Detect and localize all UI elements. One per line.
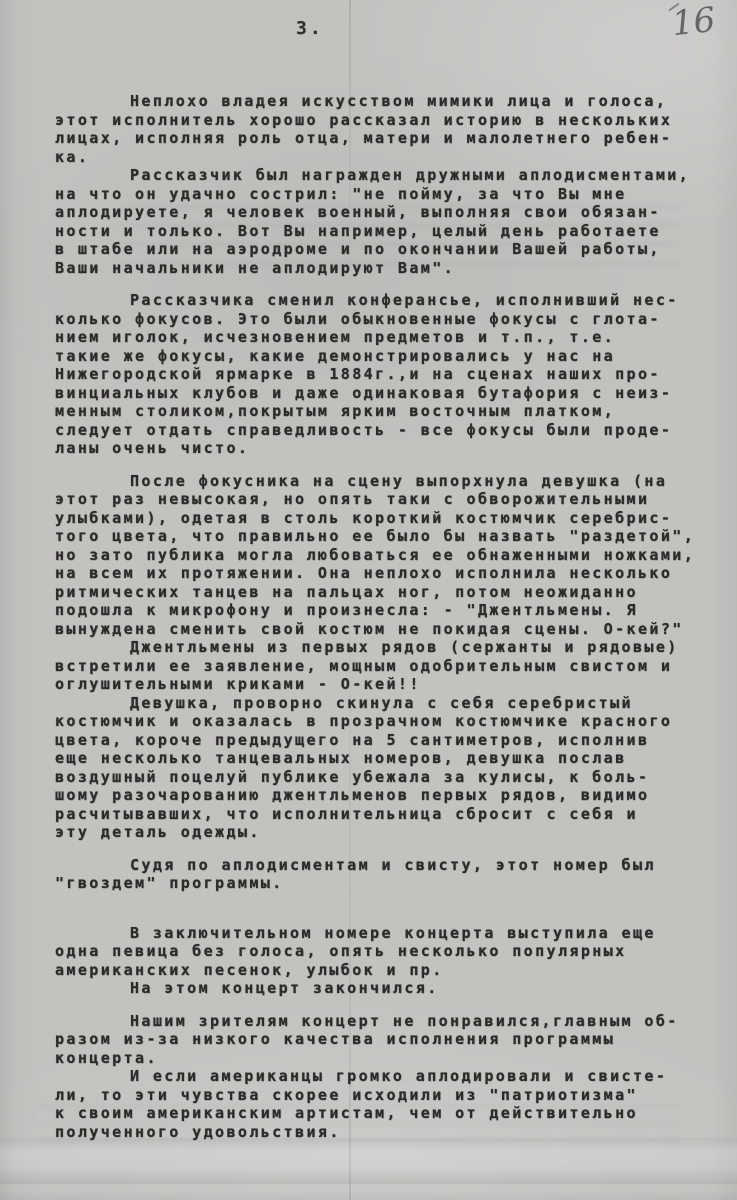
text-line: расчитывавших, что исполнительница сброс… xyxy=(55,805,715,824)
text-line: Нашим зрителям концерт не понравился,гла… xyxy=(55,1012,715,1031)
paragraph: Нашим зрителям концерт не понравился,гла… xyxy=(55,1012,715,1068)
paragraph: В заключительном номере концерта выступи… xyxy=(55,924,715,980)
text-line: "гвоздем" программы. xyxy=(55,874,715,893)
text-line: Неплохо владея искусством мимики лица и … xyxy=(55,92,715,111)
text-line: еще несколько танцевальных номеров, деву… xyxy=(55,749,715,768)
text-line: но зато публика могла любоваться ее обна… xyxy=(55,546,715,565)
text-line: И если американцы громко аплодировали и … xyxy=(55,1067,715,1086)
text-line: Джентльмены из первых рядов (сержанты и … xyxy=(55,638,715,657)
horizontal-fold-crease xyxy=(0,1138,737,1184)
text-line: Судя по аплодисментам и свисту, этот ном… xyxy=(55,856,715,875)
text-line: такие же фокусы, какие демонстрировались… xyxy=(55,347,715,366)
text-line: того цвета, что правильно ее было бы наз… xyxy=(55,527,715,546)
text-line: этот раз невысокая, но опять таки с обво… xyxy=(55,490,715,509)
text-line: ритмических танцев на пальцах ног, потом… xyxy=(55,583,715,602)
text-line: Рассказчик был награжден дружными аплоди… xyxy=(55,166,715,185)
text-line: полученного удовольствия. xyxy=(55,1123,715,1142)
text-line: Ваши начальники не аплодируют Вам". xyxy=(55,259,715,278)
text-line: На этом концерт закончился. xyxy=(55,979,715,998)
paragraph: Джентльмены из первых рядов (сержанты и … xyxy=(55,638,715,694)
paragraph: И если американцы громко аплодировали и … xyxy=(55,1067,715,1141)
text-line: оглушительными криками - О-кей!! xyxy=(55,675,715,694)
text-line: Нижегородской ярмарке в 1884г.,и на сцен… xyxy=(55,365,715,384)
page-number: 3. xyxy=(296,18,324,39)
text-line: следует отдать справедливость - все фоку… xyxy=(55,421,715,440)
text-line: на что он удачно сострил: "не пойму, за … xyxy=(55,185,715,204)
text-line: этот исполнитель хорошо рассказал истори… xyxy=(55,111,715,130)
text-line: подошла к микрофону и произнесла: - "Дже… xyxy=(55,601,715,620)
text-line: менным столиком,покрытым ярким восточным… xyxy=(55,402,715,421)
text-line: в штабе или на аэродроме и по окончании … xyxy=(55,240,715,259)
text-line: аплодируете, я человек военный, выполняя… xyxy=(55,203,715,222)
text-line: Девушка, проворно скинула с себя серебри… xyxy=(55,694,715,713)
text-line: нием иголок, исчезновением предметов и т… xyxy=(55,328,715,347)
text-line: винциальных клубов и даже одинаковая бут… xyxy=(55,384,715,403)
text-line: После фокусника на сцену выпорхнула деву… xyxy=(55,472,715,491)
paragraph: Рассказчик был награжден дружными аплоди… xyxy=(55,166,715,277)
text-line: ка. xyxy=(55,148,715,167)
paragraph: После фокусника на сцену выпорхнула деву… xyxy=(55,472,715,639)
text-line: колько фокусов. Это были обыкновенные фо… xyxy=(55,310,715,329)
paragraph: Судя по аплодисментам и свисту, этот ном… xyxy=(55,856,715,893)
text-line: одна певица без голоса, опять несколько … xyxy=(55,942,715,961)
text-line: улыбками), одетая в столь короткий костю… xyxy=(55,509,715,528)
text-line: ланы очень чисто. xyxy=(55,439,715,458)
text-line: к своим американским артистам, чем от де… xyxy=(55,1104,715,1123)
paragraph: На этом концерт закончился. xyxy=(55,979,715,998)
text-line: на всем их протяжении. Она неплохо испол… xyxy=(55,564,715,583)
text-line: В заключительном номере концерта выступи… xyxy=(55,924,715,943)
text-line: цвета, короче предыдущего на 5 сантиметр… xyxy=(55,731,715,750)
handwritten-page-index: 16 xyxy=(670,0,717,44)
text-line: Рассказчика сменил конферансье, исполнив… xyxy=(55,291,715,310)
text-line: встретили ее заявление, мощным одобрител… xyxy=(55,657,715,676)
text-line: американских песенок, улыбок и пр. xyxy=(55,961,715,980)
text-line: разом из-за низкого качества исполнения … xyxy=(55,1030,715,1049)
text-line: концерта. xyxy=(55,1049,715,1068)
paragraph: Неплохо владея искусством мимики лица и … xyxy=(55,92,715,166)
text-line: ности и только. Вот Вы например, целый д… xyxy=(55,222,715,241)
text-line: шому разочарованию джентльменов первых р… xyxy=(55,786,715,805)
text-line: ли, то эти чувства скорее исходили из "п… xyxy=(55,1086,715,1105)
text-line: костюмчик и оказалась в прозрачном костю… xyxy=(55,712,715,731)
text-line: лицах, исполняя роль отца, матери и мало… xyxy=(55,129,715,148)
text-line: вынуждена сменить свой костюм не покидая… xyxy=(55,620,715,639)
paragraph: Рассказчика сменил конферансье, исполнив… xyxy=(55,291,715,458)
text-line: воздушный поцелуй публике убежала за кул… xyxy=(55,768,715,787)
paragraph: Девушка, проворно скинула с себя серебри… xyxy=(55,694,715,842)
document-page: 3. 16 Неплохо владея искусством мимики л… xyxy=(0,0,737,1200)
text-line: эту деталь одежды. xyxy=(55,823,715,842)
typewritten-text-body: Неплохо владея искусством мимики лица и … xyxy=(55,92,715,1141)
